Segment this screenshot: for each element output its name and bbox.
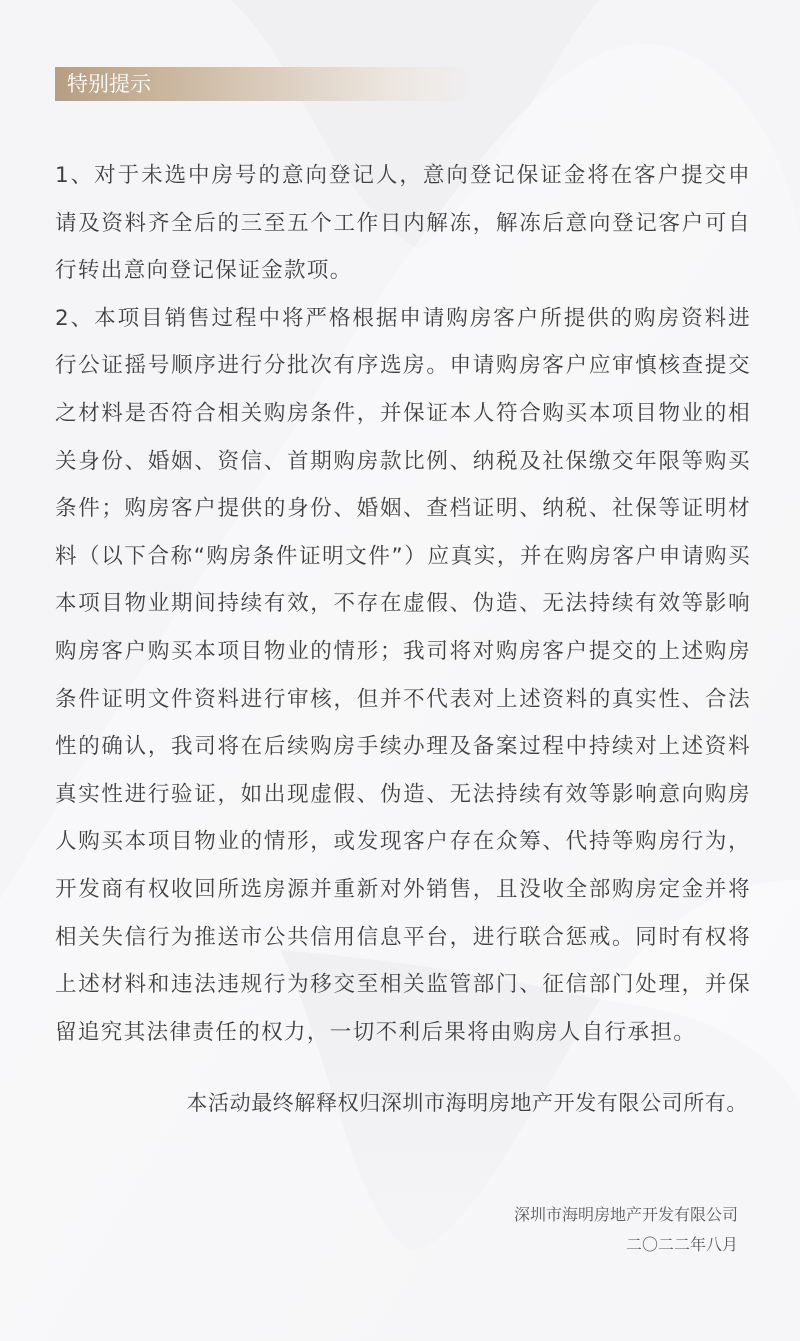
notice-body: 1、对于未选中房号的意向登记人，意向登记保证金将在客户提交申请及资料齐全后的三至… bbox=[55, 152, 751, 1056]
section-title: 特别提示 bbox=[67, 67, 151, 101]
signature-company: 深圳市海明房地产开发有限公司 bbox=[514, 1200, 738, 1230]
section-header-bar: 特别提示 bbox=[55, 67, 475, 101]
notice-paragraph-1: 1、对于未选中房号的意向登记人，意向登记保证金将在客户提交申请及资料齐全后的三至… bbox=[55, 152, 751, 295]
signature-block: 深圳市海明房地产开发有限公司 二〇二二年八月 bbox=[514, 1200, 738, 1260]
notice-paragraph-2: 2、本项目销售过程中将严格根据申请购房客户所提供的购房资料进行公证摇号顺序进行分… bbox=[55, 295, 751, 1057]
signature-date: 二〇二二年八月 bbox=[514, 1230, 738, 1260]
final-interpretation-statement: 本活动最终解释权归深圳市海明房地产开发有限公司所有。 bbox=[186, 1087, 748, 1119]
